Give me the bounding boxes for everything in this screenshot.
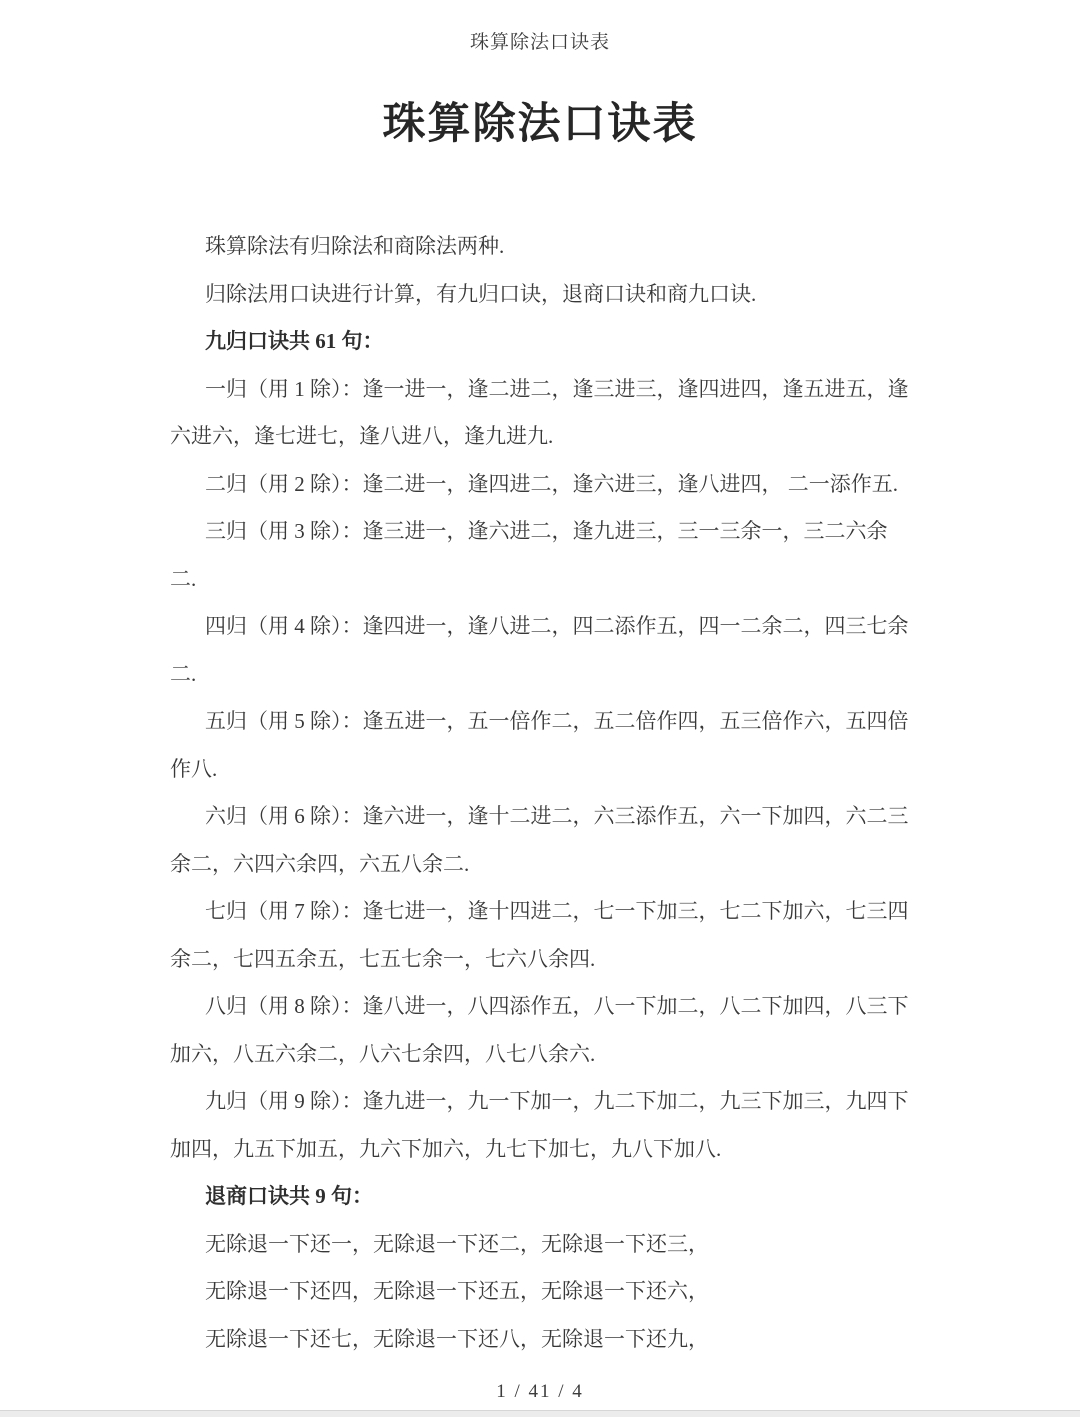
document-body: 珠算除法有归除法和商除法两种. 归除法用口诀进行计算，有九归口诀，退商口诀和商九…	[170, 223, 910, 1363]
document-page: { "page": { "running_header": "珠算除法口诀表",…	[0, 0, 1080, 1417]
paragraph-rule-2gui: 二归（用 2 除）：逢二进一，逢四进二，逢六进三，逢八进四， 二一添作五.	[170, 461, 910, 509]
paragraph-rule-8gui: 八归（用 8 除）：逢八进一，八四添作五，八一下加二，八二下加四，八三下加六，八…	[170, 983, 910, 1078]
paragraph-tuishang-2: 无除退一下还四，无除退一下还五，无除退一下还六，	[170, 1268, 910, 1316]
paragraph-intro-2: 归除法用口诀进行计算，有九归口诀，退商口诀和商九口诀.	[170, 271, 910, 319]
running-header: 珠算除法口诀表	[0, 0, 1080, 54]
paragraph-rule-9gui: 九归（用 9 除）：逢九进一，九一下加一，九二下加二，九三下加三，九四下加四，九…	[170, 1078, 910, 1173]
section-heading-jiugui: 九归口诀共 61 句：	[170, 318, 910, 366]
paragraph-tuishang-3: 无除退一下还七，无除退一下还八，无除退一下还九，	[170, 1316, 910, 1364]
section-heading-tuishang: 退商口诀共 9 句：	[170, 1173, 910, 1221]
paragraph-intro-1: 珠算除法有归除法和商除法两种.	[170, 223, 910, 271]
paragraph-rule-6gui: 六归（用 6 除）：逢六进一，逢十二进二，六三添作五，六一下加四，六二三余二，六…	[170, 793, 910, 888]
paragraph-rule-7gui: 七归（用 7 除）：逢七进一，逢十四进二，七一下加三，七二下加六，七三四余二，七…	[170, 888, 910, 983]
paragraph-rule-3gui: 三归（用 3 除）：逢三进一，逢六进二，逢九进三，三一三余一，三二六余二.	[170, 508, 910, 603]
paragraph-rule-1gui: 一归（用 1 除）：逢一进一，逢二进二，逢三进三，逢四进四，逢五进五，逢六进六，…	[170, 366, 910, 461]
paragraph-rule-4gui: 四归（用 4 除）：逢四进一，逢八进二，四二添作五，四一二余二，四三七余二.	[170, 603, 910, 698]
paragraph-rule-5gui: 五归（用 5 除）：逢五进一，五一倍作二，五二倍作四，五三倍作六，五四倍作八.	[170, 698, 910, 793]
footer-page-number: 1 / 41 / 4	[0, 1381, 1080, 1403]
viewer-bottom-edge	[0, 1410, 1080, 1417]
paragraph-tuishang-1: 无除退一下还一，无除退一下还二，无除退一下还三，	[170, 1221, 910, 1269]
page-title: 珠算除法口诀表	[0, 90, 1080, 151]
